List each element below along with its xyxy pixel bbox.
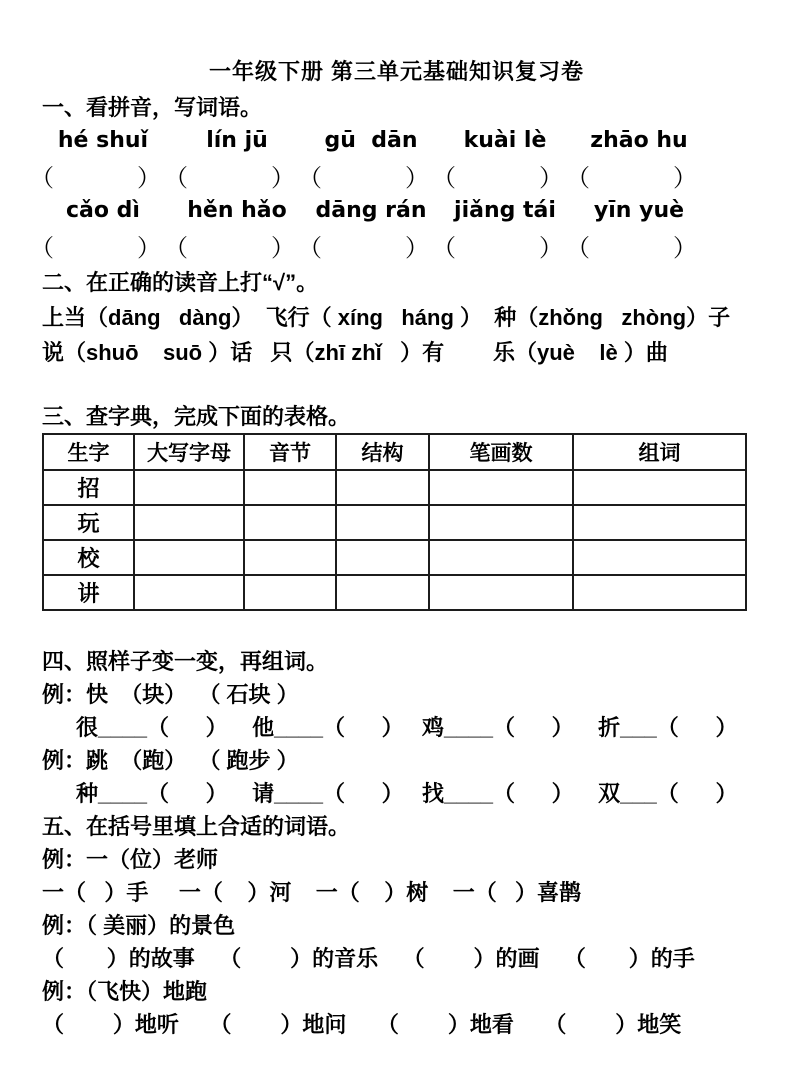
close-bracket: ） <box>405 158 429 193</box>
character-cell: 校 <box>43 540 134 575</box>
section5-example3: 例：（飞快）地跑 <box>0 974 793 1007</box>
empty-cell <box>336 540 429 575</box>
answer-blank: （） <box>30 158 161 193</box>
col-header: 生字 <box>43 434 134 470</box>
section4-example1: 例：快 （块） （ 石块 ） <box>0 677 793 710</box>
answer-blank: （） <box>566 228 697 263</box>
empty-cell <box>573 540 746 575</box>
close-bracket: ） <box>539 158 563 193</box>
empty-cell <box>244 505 336 540</box>
character-cell: 讲 <box>43 575 134 610</box>
section4-heading: 四、照样子变一变，再组词。 <box>0 644 793 677</box>
empty-cell <box>134 505 244 540</box>
table-row: 讲 <box>43 575 746 610</box>
pinyin-word: yīn yuè <box>572 198 706 223</box>
close-bracket: ） <box>271 228 295 263</box>
pinyin-word: jiǎng tái <box>438 198 572 223</box>
pinyin-word: gū dān <box>304 128 438 153</box>
empty-cell <box>336 505 429 540</box>
answer-row-2: （） （） （） （） （） <box>30 227 793 263</box>
spacer <box>0 611 793 644</box>
section5-example1: 例：一（位）老师 <box>0 842 793 875</box>
page-title: 一年级下册 第三单元基础知识复习卷 <box>0 52 793 88</box>
col-header: 组词 <box>573 434 746 470</box>
section4-line2: 种____（ ） 请____（ ） 找____（ ） 双___（ ） <box>0 776 793 809</box>
empty-cell <box>336 470 429 505</box>
answer-blank: （） <box>566 158 697 193</box>
empty-cell <box>573 575 746 610</box>
answer-blank: （） <box>432 228 563 263</box>
col-header: 大写字母 <box>134 434 244 470</box>
section5-line3: （ ）地听 （ ）地问 （ ）地看 （ ）地笑 <box>0 1007 793 1040</box>
pinyin-word: zhāo hu <box>572 128 706 153</box>
section4-example2: 例：跳 （跑） （ 跑步 ） <box>0 743 793 776</box>
open-bracket: （ <box>566 158 590 193</box>
pinyin-word: kuài lè <box>438 128 572 153</box>
col-header: 音节 <box>244 434 336 470</box>
close-bracket: ） <box>271 158 295 193</box>
pinyin-word: lín jū <box>170 128 304 153</box>
open-bracket: （ <box>164 158 188 193</box>
open-bracket: （ <box>30 158 54 193</box>
empty-cell <box>134 470 244 505</box>
table-row: 校 <box>43 540 746 575</box>
empty-cell <box>429 575 573 610</box>
character-cell: 招 <box>43 470 134 505</box>
empty-cell <box>336 575 429 610</box>
empty-cell <box>134 540 244 575</box>
pinyin-word: hé shuǐ <box>36 128 170 153</box>
section5-line1: 一（ ）手 一（ ）河 一（ ）树 一（ ）喜鹊 <box>0 875 793 908</box>
section2-line2: 说（shuō suō ）话 只（zhī zhǐ ）有 乐（yuè lè ）曲 <box>0 334 793 369</box>
empty-cell <box>244 575 336 610</box>
close-bracket: ） <box>405 228 429 263</box>
answer-blank: （） <box>164 228 295 263</box>
section5-heading: 五、在括号里填上合适的词语。 <box>0 809 793 842</box>
section2-line1: 上当（dāng dàng） 飞行（ xíng háng ） 种（zhǒng zh… <box>0 299 793 334</box>
open-bracket: （ <box>432 158 456 193</box>
open-bracket: （ <box>298 158 322 193</box>
answer-blank: （） <box>298 158 429 193</box>
section5-line2: （ ）的故事 （ ）的音乐 （ ）的画 （ ）的手 <box>0 941 793 974</box>
table-header-row: 生字 大写字母 音节 结构 笔画数 组词 <box>43 434 746 470</box>
empty-cell <box>134 575 244 610</box>
section4-line1: 很____（ ） 他____（ ） 鸡____（ ） 折___（ ） <box>0 710 793 743</box>
table-row: 玩 <box>43 505 746 540</box>
open-bracket: （ <box>30 228 54 263</box>
empty-cell <box>429 540 573 575</box>
close-bracket: ） <box>673 158 697 193</box>
close-bracket: ） <box>539 228 563 263</box>
spacer <box>0 369 793 397</box>
answer-blank: （） <box>164 158 295 193</box>
answer-row-1: （） （） （） （） （） <box>30 157 793 193</box>
open-bracket: （ <box>164 228 188 263</box>
answer-blank: （） <box>30 228 161 263</box>
pinyin-word: dāng rán <box>304 198 438 223</box>
section3-heading: 三、查字典，完成下面的表格。 <box>0 397 793 433</box>
open-bracket: （ <box>566 228 590 263</box>
open-bracket: （ <box>432 228 456 263</box>
open-bracket: （ <box>298 228 322 263</box>
empty-cell <box>429 505 573 540</box>
close-bracket: ） <box>137 158 161 193</box>
pinyin-word: hěn hǎo <box>170 198 304 223</box>
character-cell: 玩 <box>43 505 134 540</box>
table-row: 招 <box>43 470 746 505</box>
col-header: 笔画数 <box>429 434 573 470</box>
section5-example2: 例：（ 美丽）的景色 <box>0 908 793 941</box>
answer-blank: （） <box>298 228 429 263</box>
answer-blank: （） <box>432 158 563 193</box>
empty-cell <box>573 470 746 505</box>
section1-heading: 一、看拼音，写词语。 <box>0 88 793 124</box>
dictionary-table: 生字 大写字母 音节 结构 笔画数 组词 招 玩 校 <box>42 433 747 611</box>
close-bracket: ） <box>137 228 161 263</box>
worksheet-page: 一年级下册 第三单元基础知识复习卷 一、看拼音，写词语。 hé shuǐ lín… <box>0 0 793 1087</box>
empty-cell <box>573 505 746 540</box>
pinyin-word: cǎo dì <box>36 198 170 223</box>
col-header: 结构 <box>336 434 429 470</box>
pinyin-row-1: hé shuǐ lín jū gū dān kuài lè zhāo hu <box>36 124 793 157</box>
empty-cell <box>244 540 336 575</box>
empty-cell <box>429 470 573 505</box>
empty-cell <box>244 470 336 505</box>
pinyin-row-2: cǎo dì hěn hǎo dāng rán jiǎng tái yīn yu… <box>36 193 793 227</box>
close-bracket: ） <box>673 228 697 263</box>
section2-heading: 二、在正确的读音上打“√”。 <box>0 263 793 299</box>
